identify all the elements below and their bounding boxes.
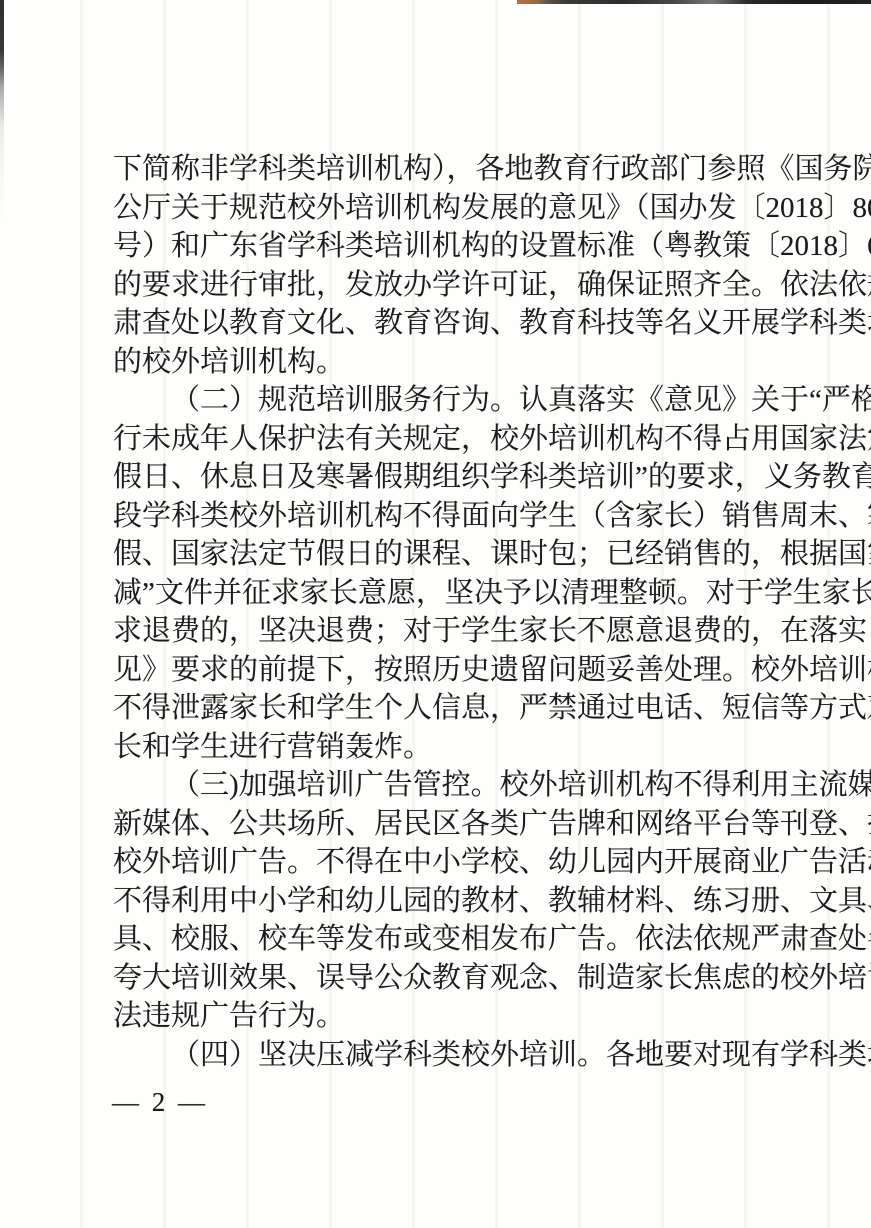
page-number: — 2 — — [112, 1087, 208, 1118]
text-line: 的要求进行审批，发放办学许可证，确保证照齐全。依法依规严 — [113, 266, 763, 305]
text-line: 公厅关于规范校外培训机构发展的意见》（国办发〔2018〕80 — [113, 189, 763, 228]
scanned-document-page: 下简称非学科类培训机构），各地教育行政部门参照《国务院办公厅关于规范校外培训机构… — [0, 0, 871, 1228]
text-line: （二）规范培训服务行为。认真落实《意见》关于“严格执 — [113, 381, 763, 420]
text-line: 行未成年人保护法有关规定，校外培训机构不得占用国家法定节 — [113, 420, 763, 459]
text-line: 段学科类校外培训机构不得面向学生（含家长）销售周末、寒暑 — [113, 497, 763, 536]
text-line: （四）坚决压减学科类校外培训。各地要对现有学科类培训 — [113, 1036, 763, 1075]
text-line: 肃查处以教育文化、教育咨询、教育科技等名义开展学科类培训 — [113, 304, 763, 343]
text-line: 校外培训广告。不得在中小学校、幼儿园内开展商业广告活动， — [113, 843, 763, 882]
text-line: 的校外培训机构。 — [113, 343, 763, 382]
text-line: 假、国家法定节假日的课程、课时包；已经销售的，根据国家“双 — [113, 535, 763, 574]
text-line: 下简称非学科类培训机构），各地教育行政部门参照《国务院办 — [113, 150, 763, 189]
text-line: 不得利用中小学和幼儿园的教材、教辅材料、练习册、文具、教 — [113, 882, 763, 921]
text-block: 下简称非学科类培训机构），各地教育行政部门参照《国务院办公厅关于规范校外培训机构… — [113, 150, 763, 1074]
scan-artifact-top-edge — [517, 0, 871, 4]
text-line: 号）和广东省学科类培训机构的设置标准（粤教策〔2018〕6号） — [113, 227, 763, 266]
text-line: 求退费的，坚决退费；对于学生家长不愿意退费的，在落实《意 — [113, 612, 763, 651]
text-line: 法违规广告行为。 — [113, 997, 763, 1036]
text-line: （三)加强培训广告管控。校外培训机构不得利用主流媒体、 — [113, 766, 763, 805]
text-line: 长和学生进行营销轰炸。 — [113, 728, 763, 767]
text-line: 不得泄露家长和学生个人信息，严禁通过电话、短信等方式对家 — [113, 689, 763, 728]
text-line: 见》要求的前提下，按照历史遗留问题妥善处理。校外培训机构 — [113, 651, 763, 690]
text-line: 新媒体、公共场所、居民区各类广告牌和网络平台等刊登、播发 — [113, 805, 763, 844]
text-line: 假日、休息日及寒暑假期组织学科类培训”的要求，义务教育阶 — [113, 458, 763, 497]
text-line: 减”文件并征求家长意愿，坚决予以清理整顿。对于学生家长要 — [113, 574, 763, 613]
scan-artifact-left-edge — [0, 0, 4, 230]
text-line: 具、校服、校车等发布或变相发布广告。依法依规严肃查处各种 — [113, 920, 763, 959]
text-line: 夸大培训效果、误导公众教育观念、制造家长焦虑的校外培训违 — [113, 959, 763, 998]
